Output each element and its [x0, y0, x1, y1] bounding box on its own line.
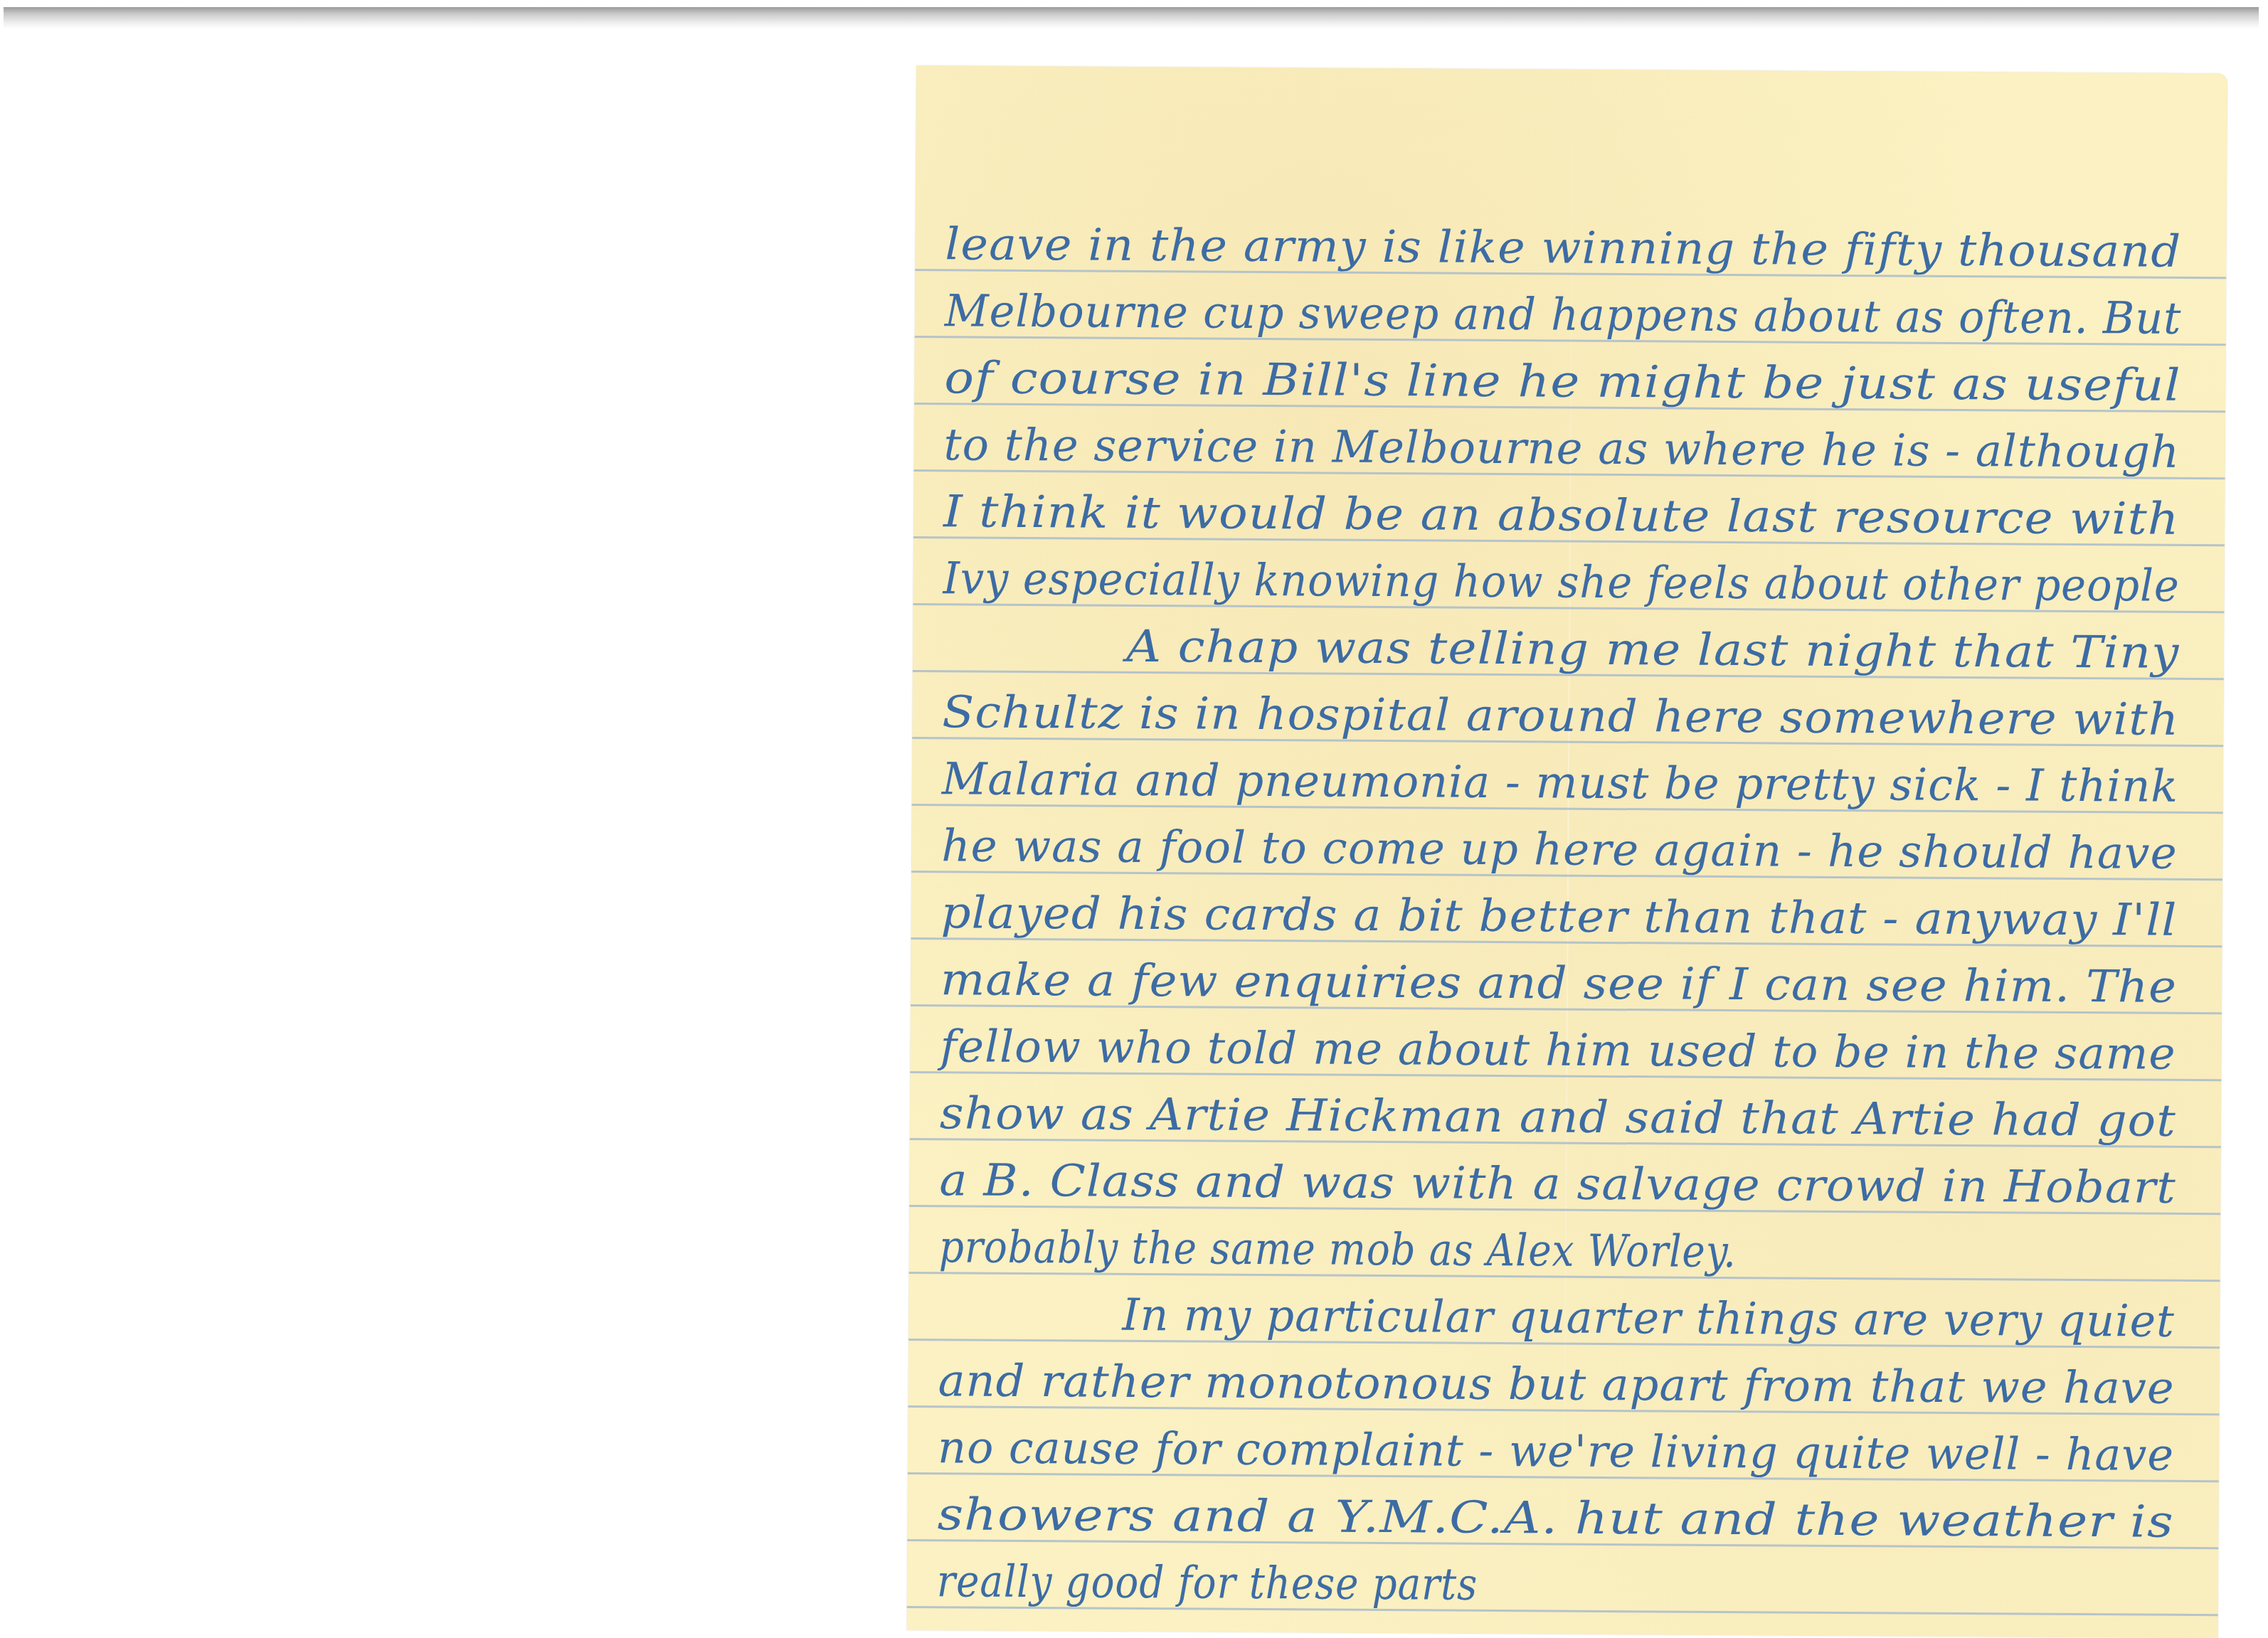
handwritten-line: Ivy especially knowing how she feels abo…	[943, 556, 2180, 608]
handwritten-line: A chap was telling me last night that Ti…	[1126, 624, 2180, 675]
handwritten-line: he was a fool to come up here again - he…	[941, 824, 2178, 876]
handwritten-line: fellow who told me about him used to be …	[940, 1024, 2176, 1076]
handwritten-line: leave in the army is like winning the fi…	[945, 222, 2181, 274]
handwritten-line: to the service in Melbourne as where he …	[944, 422, 2180, 474]
letter-page: leave in the army is like winning the fi…	[907, 65, 2227, 1638]
handwritten-line: a B. Class and was with a salvage crowd …	[939, 1158, 2176, 1210]
handwritten-line: played his cards a bit better than that …	[941, 890, 2178, 942]
handwritten-line: showers and a Y.M.C.A. hut and the weath…	[937, 1492, 2174, 1544]
handwritten-line: Malaria and pneumonia - must be pretty s…	[942, 757, 2178, 809]
handwritten-line: I think it would be an absolute last res…	[943, 489, 2180, 541]
handwritten-line: make a few enquiries and see if I can se…	[940, 957, 2177, 1009]
handwritten-line: of course in Bill's line he might be jus…	[944, 356, 2181, 408]
handwritten-line: Melbourne cup sweep and happens about as…	[945, 289, 2182, 341]
handwritten-line: and rather monotonous but apart from tha…	[938, 1358, 2175, 1410]
handwritten-line: no cause for complaint - we're living qu…	[938, 1425, 2174, 1477]
handwritten-line: really good for these parts	[937, 1559, 1478, 1607]
scanner-edge-shadow	[4, 7, 2259, 28]
handwritten-line: show as Artie Hickman and said that Arti…	[940, 1091, 2176, 1143]
handwritten-line: Schultz is in hospital around here somew…	[942, 690, 2179, 742]
handwritten-line: probably the same mob as Alex Worley.	[939, 1225, 1737, 1274]
handwritten-line: In my particular quarter things are very…	[1122, 1293, 2175, 1344]
